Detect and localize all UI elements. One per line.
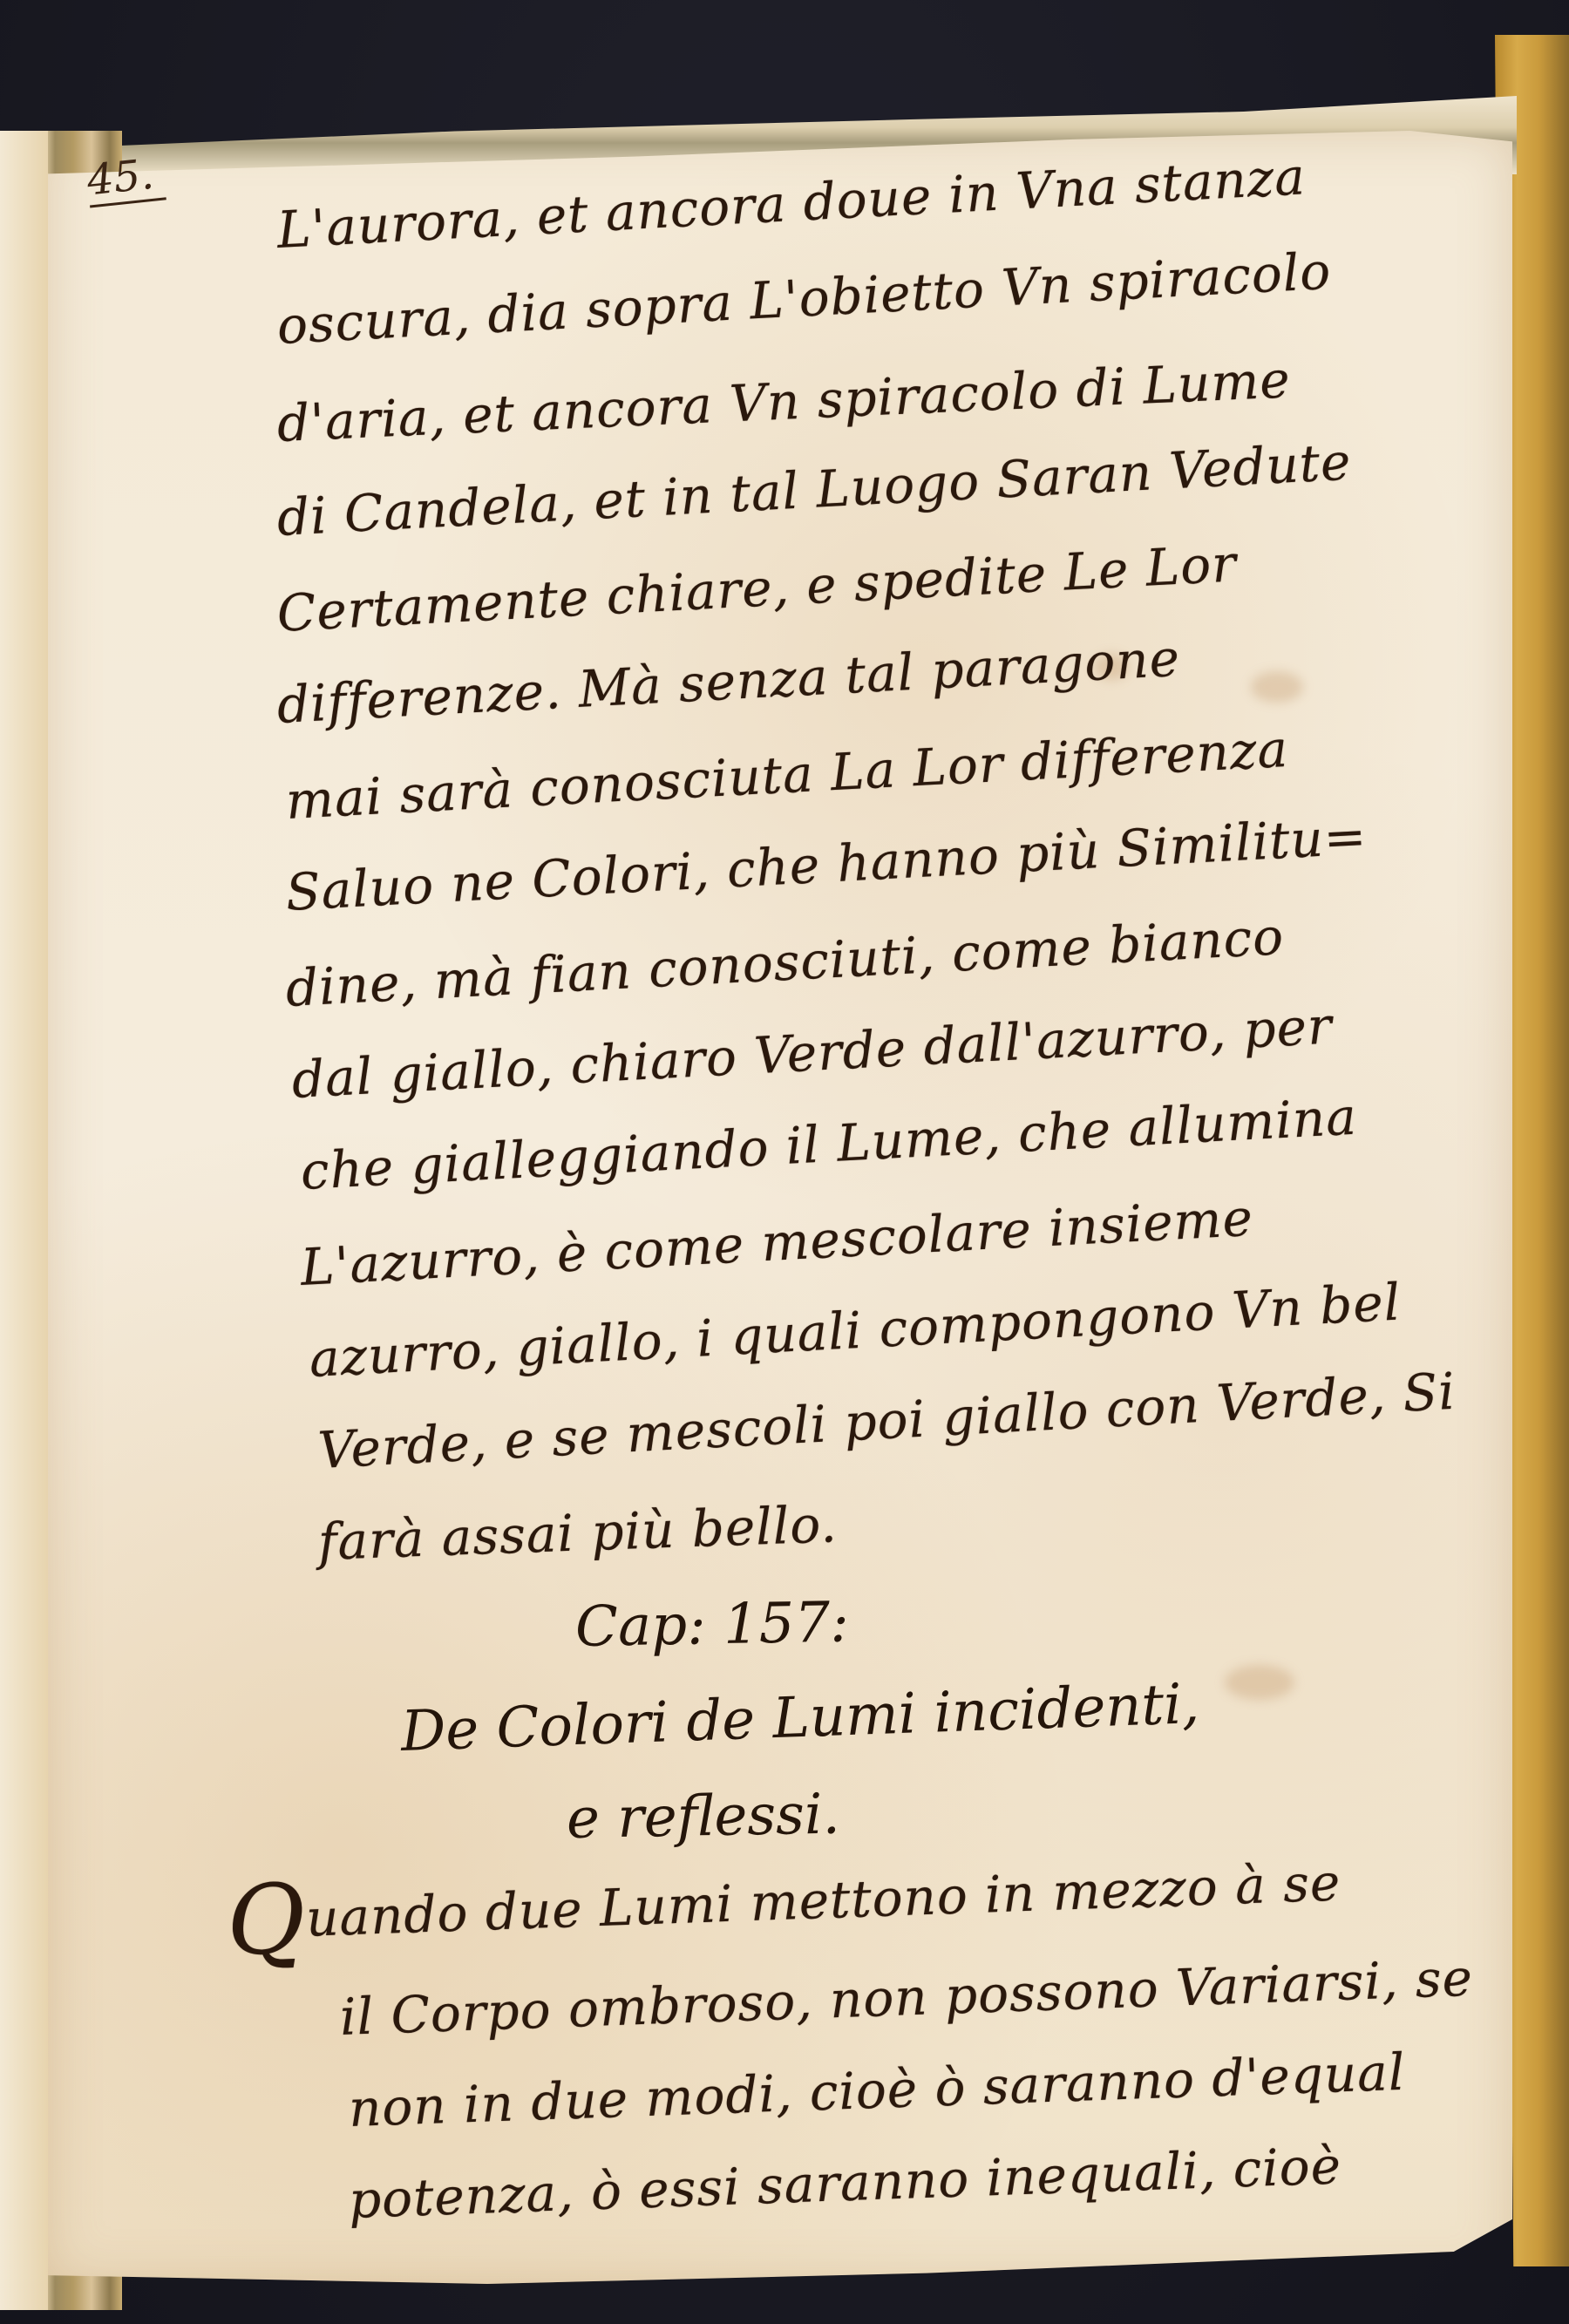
chapter-title-line-2: e reflessi. xyxy=(566,1783,840,1852)
page-number: 45. xyxy=(85,149,166,208)
foxing-stain xyxy=(1251,671,1303,703)
foxing-stain xyxy=(1225,1665,1294,1700)
decorated-initial: Q xyxy=(225,1863,309,1977)
previous-page-sliver xyxy=(0,131,48,2310)
chapter-number: Cap: 157: xyxy=(574,1591,849,1660)
